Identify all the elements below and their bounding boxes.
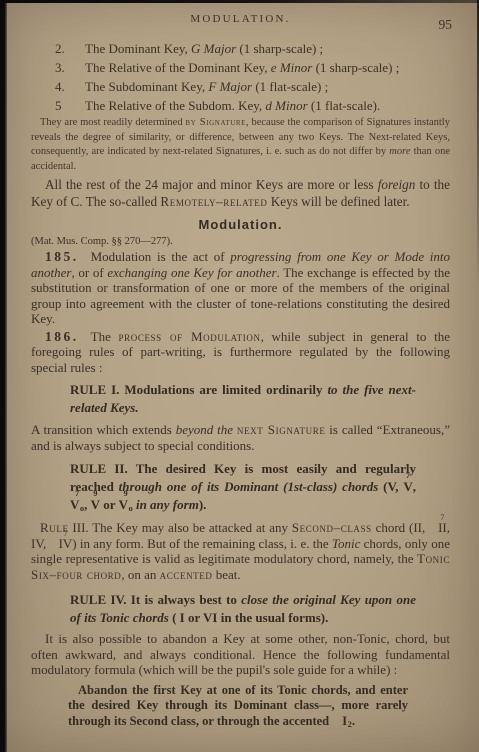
- list-item-text: The Subdominant Key, F Major (1 flat-sca…: [85, 77, 450, 96]
- list-item-text: The Dominant Key, G Major (1 sharp-scale…: [85, 39, 450, 58]
- scan-edge-top: [0, 0, 479, 3]
- paragraph-foreign-keys: All the rest of the 24 major and minor K…: [31, 177, 450, 210]
- list-item: 2. The Dominant Key, G Major (1 sharp-sc…: [31, 39, 450, 58]
- page-number: 95: [439, 17, 453, 33]
- list-item-number: 2.: [55, 39, 85, 58]
- paragraph-185: 185.Modulation is the act of progressing…: [31, 249, 450, 327]
- list-item-number: 4.: [55, 77, 85, 96]
- list-item-text: The Relative of the Subdom. Key, d Minor…: [85, 96, 450, 115]
- running-title: MODULATION.: [31, 13, 450, 25]
- page-content: MODULATION. 95 2. The Dominant Key, G Ma…: [31, 0, 450, 732]
- next-related-keys-list: 2. The Dominant Key, G Major (1 sharp-sc…: [31, 39, 450, 115]
- rule-4-block: RULE IV. It is always best to close the …: [70, 591, 416, 627]
- paragraph-number: 185.: [45, 249, 79, 264]
- formula-block: Abandon the first Key at one of its Toni…: [68, 683, 408, 733]
- book-page: MODULATION. 95 2. The Dominant Key, G Ma…: [0, 0, 479, 752]
- reference-line: (Mat. Mus. Comp. §§ 270—277).: [31, 236, 450, 247]
- section-heading: Modulation.: [31, 217, 450, 232]
- rule-3-paragraph: Rule III. The Key may also be attacked a…: [31, 520, 450, 582]
- list-item: 4. The Subdominant Key, F Major (1 flat-…: [31, 77, 450, 96]
- list-item: 5 The Relative of the Subdom. Key, d Min…: [31, 96, 450, 115]
- list-item-text: The Relative of the Dominant Key, e Mino…: [85, 58, 450, 77]
- transition-paragraph: A transition which extends beyond the ne…: [31, 422, 450, 453]
- rule-1-block: RULE I. Modulations are limited ordinari…: [70, 381, 416, 417]
- rule-2-block: RULE II. The desired Key is most easily …: [70, 460, 416, 517]
- paragraph-text: The process of Modulation, while subject…: [31, 329, 450, 375]
- scan-edge-left: [0, 0, 7, 752]
- list-item: 3. The Relative of the Dominant Key, e M…: [31, 58, 450, 77]
- list-item-number: 3.: [55, 58, 85, 77]
- page-header: MODULATION. 95: [31, 13, 450, 29]
- fine-print-paragraph: They are most readily determined by Sign…: [31, 116, 450, 174]
- paragraph-number: 186.: [45, 329, 79, 344]
- paragraph-186: 186.The process of Modulation, while sub…: [31, 329, 450, 376]
- paragraph-text: Modulation is the act of progressing fro…: [31, 249, 450, 326]
- closing-paragraph: It is also possible to abandon a Key at …: [31, 631, 450, 678]
- list-item-number: 5: [55, 96, 85, 115]
